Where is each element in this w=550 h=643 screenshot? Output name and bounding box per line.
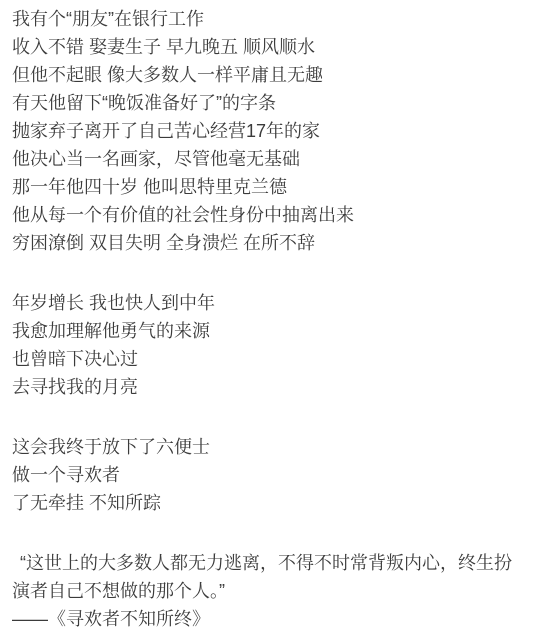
poem-line: 这会我终于放下了六便士	[12, 433, 538, 461]
quote-card-page: { "colors": { "background": "#ffffff", "…	[0, 0, 550, 643]
text-card: 我有个“朋友”在银行工作 收入不错 娶妻生子 早九晚五 顺风顺水 但他不起眼 像…	[0, 0, 550, 643]
book-quote: “这世上的大多数人都无力逃离，不得不时常背叛内心，终生扮演者自己不想做的那个人。…	[12, 549, 514, 605]
poem-line: 穷困潦倒 双目失明 全身溃烂 在所不辞	[12, 229, 538, 257]
stanza-3: 这会我终于放下了六便士 做一个寻欢者 了无牵挂 不知所踪	[12, 433, 538, 517]
poem-line: 有天他留下“晚饭准备好了”的字条	[12, 89, 538, 117]
poem-line: 了无牵挂 不知所踪	[12, 489, 538, 517]
stanza-1: 我有个“朋友”在银行工作 收入不错 娶妻生子 早九晚五 顺风顺水 但他不起眼 像…	[12, 5, 538, 257]
poem-line: 那一年他四十岁 他叫思特里克兰德	[12, 173, 538, 201]
poem-line: 我愈加理解他勇气的来源	[12, 317, 538, 345]
quote-attribution: ——《寻欢者不知所终》	[12, 605, 538, 633]
poem-line: 收入不错 娶妻生子 早九晚五 顺风顺水	[12, 33, 538, 61]
quote-block: “这世上的大多数人都无力逃离，不得不时常背叛内心，终生扮演者自己不想做的那个人。…	[12, 549, 538, 633]
poem-line: 抛家弃子离开了自己苦心经营17年的家	[12, 117, 538, 145]
poem-line: 但他不起眼 像大多数人一样平庸且无趣	[12, 61, 538, 89]
stanza-2: 年岁增长 我也快人到中年 我愈加理解他勇气的来源 也曾暗下决心过 去寻找我的月亮	[12, 289, 538, 401]
poem-line: 他从每一个有价值的社会性身份中抽离出来	[12, 201, 538, 229]
poem-line: 做一个寻欢者	[12, 461, 538, 489]
poem-line: 年岁增长 我也快人到中年	[12, 289, 538, 317]
poem-line: 他决心当一名画家，尽管他毫无基础	[12, 145, 538, 173]
poem-line: 也曾暗下决心过	[12, 345, 538, 373]
poem-line: 去寻找我的月亮	[12, 373, 538, 401]
poem-line: 我有个“朋友”在银行工作	[12, 5, 538, 33]
